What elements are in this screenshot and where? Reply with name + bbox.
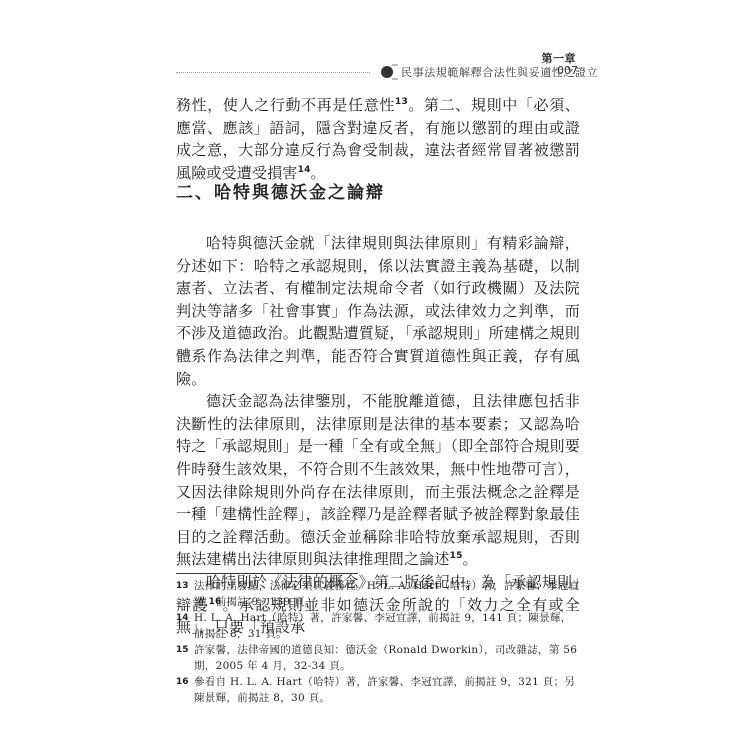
- footnote-14: 14 H. L. A. Hart（哈特）著，許家馨、李冠宜譯，前揭註 9，141…: [176, 610, 580, 642]
- footnote-number: 14: [176, 610, 194, 642]
- header-dotted-rule: [176, 72, 370, 73]
- ornament-ticks: [392, 64, 398, 80]
- footnote-text: 參看自 H. L. A. Hart（哈特）著，許家馨、李冠宜譯，前揭註 9，32…: [194, 674, 580, 706]
- footnote-ref-14[interactable]: 14: [298, 165, 311, 175]
- footnote-separator: [176, 573, 358, 574]
- header-ornament-icon: [380, 64, 398, 80]
- footnote-13: 13 法律的出發點，法律必須具義務性。H. L. A. Hart（哈特）著，許家…: [176, 578, 580, 610]
- footnote-number: 16: [176, 674, 194, 706]
- paragraph-1-text: 哈特與德沃金就「法律規則與法律原則」有精彩論辯，分述如下：哈特之承認規則，係以法…: [176, 234, 580, 388]
- footnote-15: 15 許家馨，法律帝國的道德良知：德沃金（Ronald Dworkin），司改雜…: [176, 642, 580, 674]
- book-page: 第一章 民事法規範解釋合法性與妥適性之證立 007 務性，使人之行動不再是任意性…: [0, 0, 750, 750]
- top-paragraph: 務性，使人之行動不再是任意性13。第二、規則中「必須、應當、應該」語詞，隱含對違…: [176, 94, 580, 184]
- top-paragraph-text-a: 務性，使人之行動不再是任意性: [176, 96, 395, 114]
- section-heading: 二、哈特與德沃金之論辯: [176, 178, 385, 203]
- footnote-16: 16 參看自 H. L. A. Hart（哈特）著，許家馨、李冠宜譯，前揭註 9…: [176, 674, 580, 706]
- footnote-text: 法律的出發點，法律必須具義務性。H. L. A. Hart（哈特）著，許家馨、李…: [194, 578, 580, 610]
- footnotes: 13 法律的出發點，法律必須具義務性。H. L. A. Hart（哈特）著，許家…: [176, 578, 580, 706]
- paragraph-2-text: 德沃金認為法律鑒別，不能脫離道德，且法律應包括非決斷性的法律原則，法律原則是法律…: [176, 392, 580, 568]
- page-number: 007: [557, 64, 578, 77]
- footnote-number: 15: [176, 642, 194, 674]
- footnote-ref-15[interactable]: 15: [450, 551, 463, 561]
- footnote-text: H. L. A. Hart（哈特）著，許家馨、李冠宜譯，前揭註 9，141 頁；…: [194, 610, 580, 642]
- footnote-number: 13: [176, 578, 194, 610]
- footnote-text: 許家馨，法律帝國的道德良知：德沃金（Ronald Dworkin），司改雜誌，第…: [194, 642, 580, 674]
- paragraph-2-tail: 。: [463, 550, 478, 568]
- paragraph-2: 德沃金認為法律鑒別，不能脫離道德，且法律應包括非決斷性的法律原則，法律原則是法律…: [176, 390, 580, 571]
- footnote-ref-13[interactable]: 13: [395, 97, 408, 107]
- paragraph-1: 哈特與德沃金就「法律規則與法律原則」有精彩論辯，分述如下：哈特之承認規則，係以法…: [176, 232, 580, 390]
